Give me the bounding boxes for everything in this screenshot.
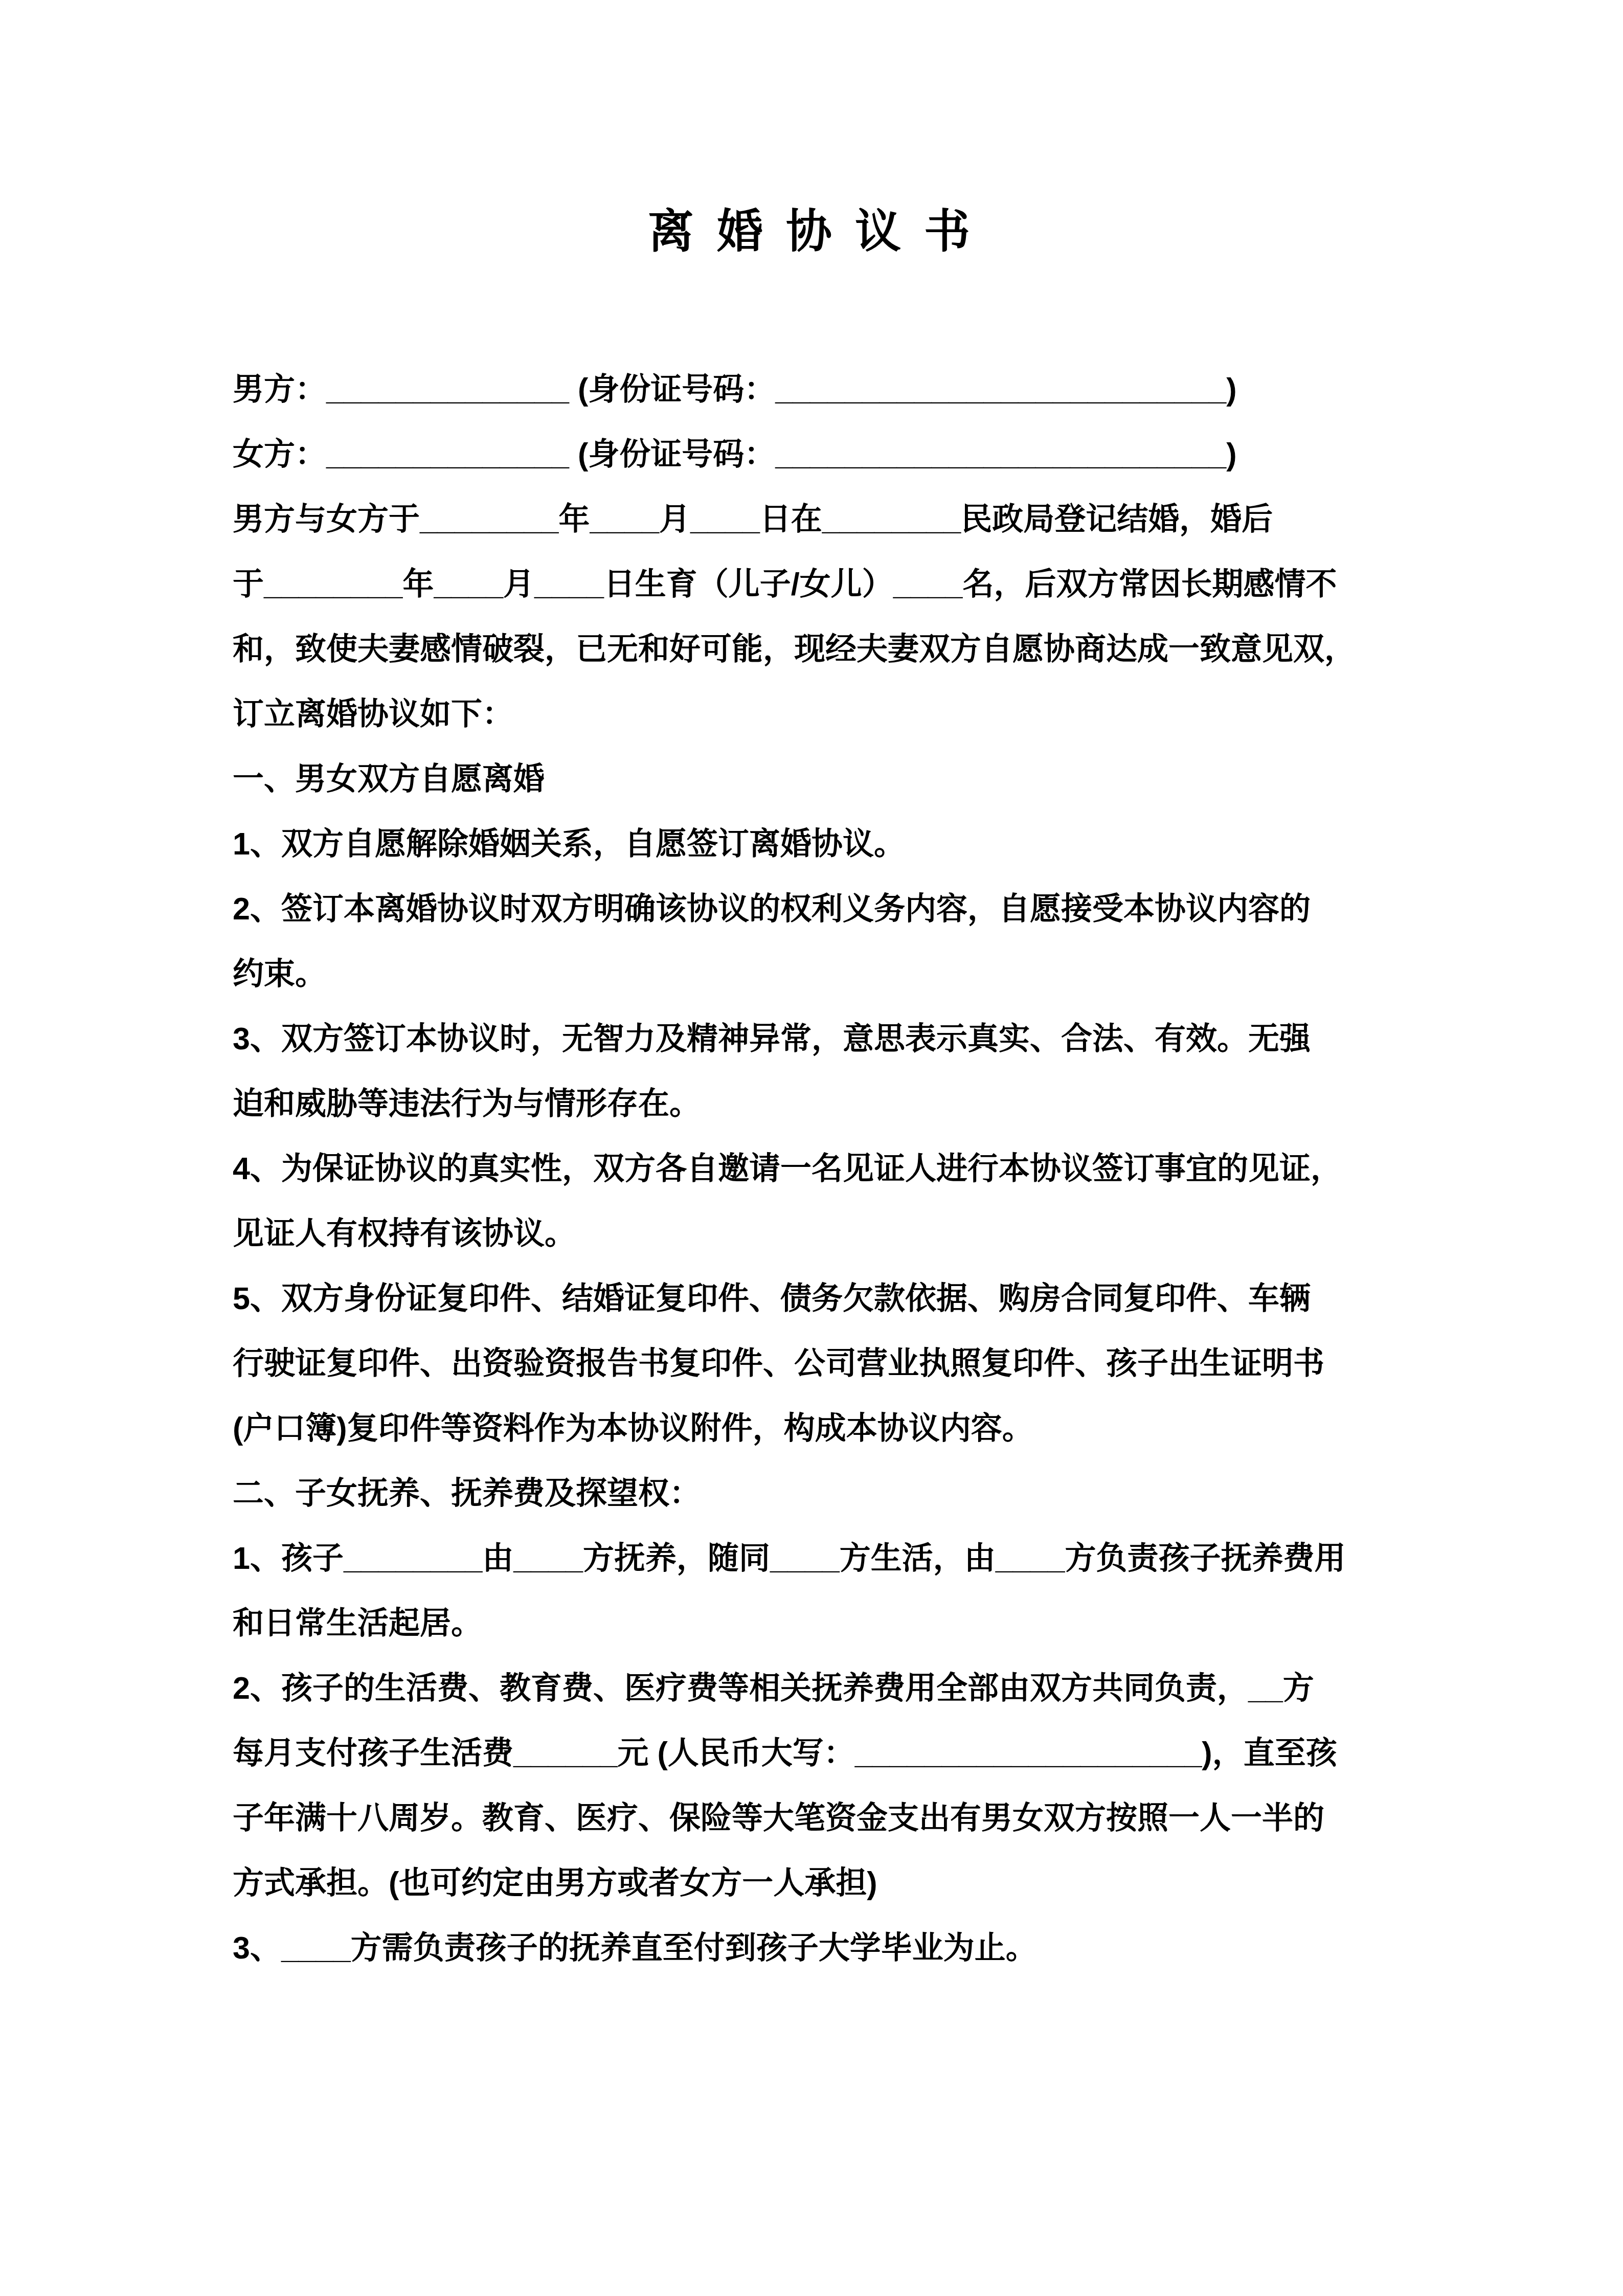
document-body: 男方：______________ (身份证号码：_______________…	[233, 357, 1403, 1980]
document-line: 每月支付孩子生活费______元 (人民币大写：________________…	[233, 1721, 1403, 1786]
document-line: 3、____方需负责孩子的抚养直至付到孩子大学毕业为止。	[233, 1916, 1403, 1980]
document-page: 离 婚 协 议 书 男方：______________ (身份证号码：_____…	[0, 0, 1623, 2296]
document-title: 离 婚 协 议 书	[0, 0, 1623, 255]
document-line: 于________年____月____日生育（儿子/女儿）____名，后双方常因…	[233, 552, 1403, 617]
document-line: 和日常生活起居。	[233, 1591, 1403, 1656]
document-line: 方式承担。(也可约定由男方或者女方一人承担)	[233, 1851, 1403, 1916]
document-line: 约束。	[233, 941, 1403, 1006]
document-line: 5、双方身份证复印件、结婚证复印件、债务欠款依据、购房合同复印件、车辆	[233, 1266, 1403, 1331]
document-line: 1、孩子________由____方抚养，随同____方生活，由____方负责孩…	[233, 1526, 1403, 1591]
document-line: 3、双方签订本协议时，无智力及精神异常，意思表示真实、合法、有效。无强	[233, 1006, 1403, 1071]
document-line: 男方与女方于________年____月____日在________民政局登记结…	[233, 487, 1403, 552]
document-line: 2、孩子的生活费、教育费、医疗费等相关抚养费用全部由双方共同负责，__方	[233, 1656, 1403, 1721]
document-line: (户口簿)复印件等资料作为本协议附件，构成本协议内容。	[233, 1396, 1403, 1461]
document-line: 4、为保证协议的真实性，双方各自邀请一名见证人进行本协议签订事宜的见证，	[233, 1136, 1403, 1201]
document-line: 一、男女双方自愿离婚	[233, 747, 1403, 812]
document-line: 1、双方自愿解除婚姻关系，自愿签订离婚协议。	[233, 812, 1403, 876]
document-line: 女方：______________ (身份证号码：_______________…	[233, 422, 1403, 487]
document-line: 订立离婚协议如下：	[233, 682, 1403, 747]
document-line: 二、子女抚养、抚养费及探望权：	[233, 1461, 1403, 1526]
document-line: 男方：______________ (身份证号码：_______________…	[233, 357, 1403, 422]
document-line: 见证人有权持有该协议。	[233, 1201, 1403, 1266]
document-line: 和，致使夫妻感情破裂，已无和好可能，现经夫妻双方自愿协商达成一致意见双，	[233, 617, 1403, 682]
document-line: 迫和威胁等违法行为与情形存在。	[233, 1071, 1403, 1136]
document-line: 2、签订本离婚协议时双方明确该协议的权利义务内容，自愿接受本协议内容的	[233, 876, 1403, 941]
document-line: 子年满十八周岁。教育、医疗、保险等大笔资金支出有男女双方按照一人一半的	[233, 1786, 1403, 1851]
document-line: 行驶证复印件、出资验资报告书复印件、公司营业执照复印件、孩子出生证明书	[233, 1331, 1403, 1396]
